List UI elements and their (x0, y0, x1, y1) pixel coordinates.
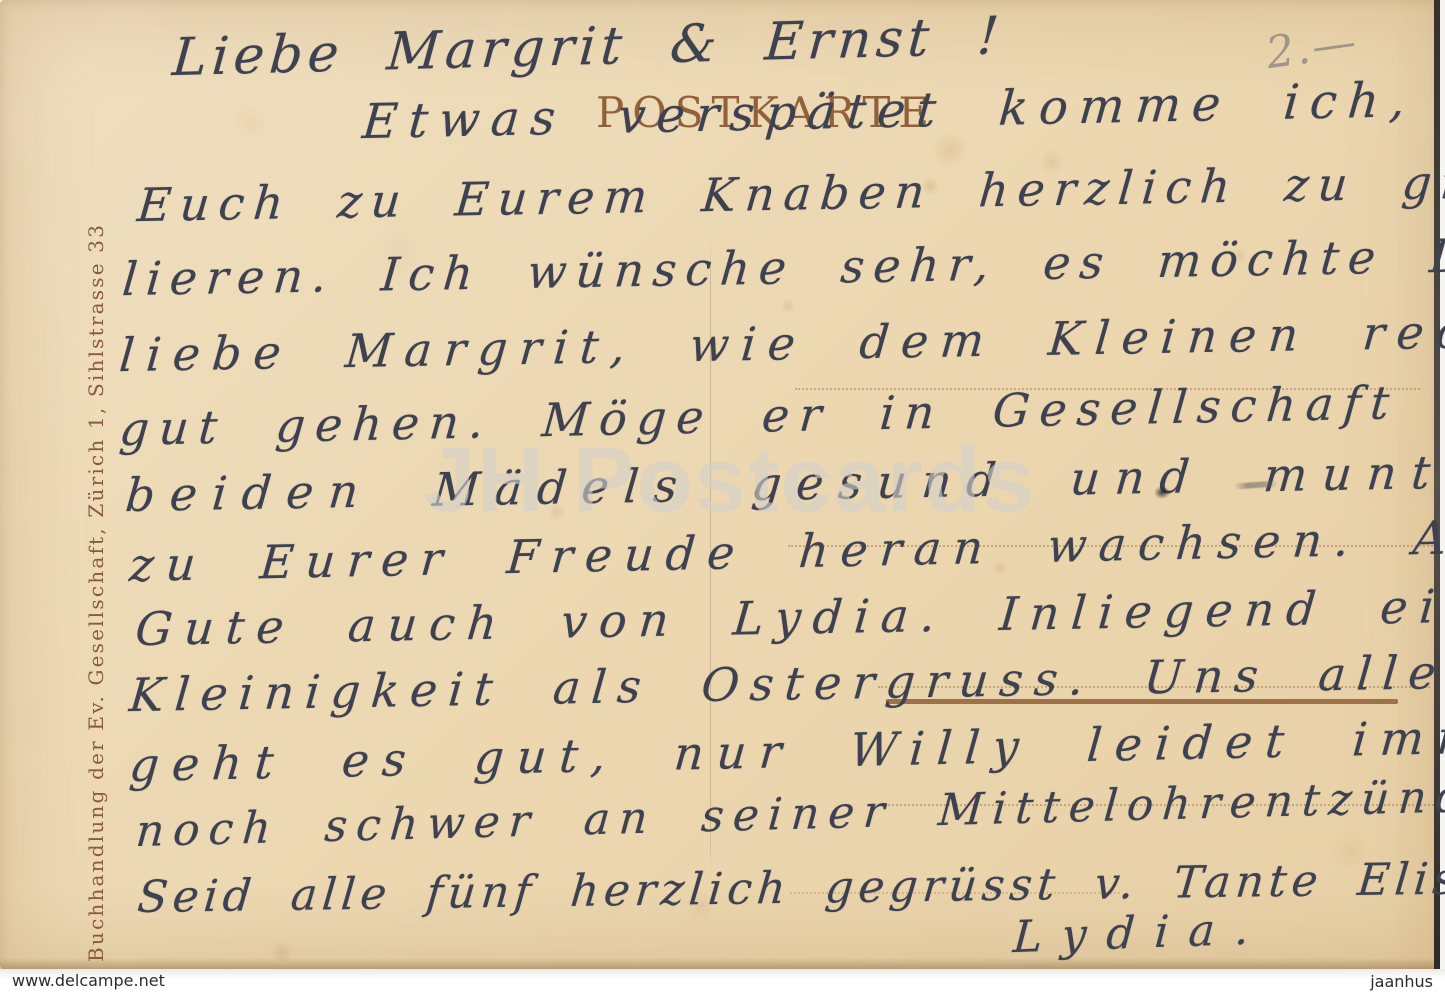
handwriting-line: Lydia. (1011, 903, 1270, 963)
pencil-price-note: 2.— (1263, 16, 1361, 79)
handwriting-line: Euch zu Eurem Knaben herzlich zu gratu- (135, 152, 1445, 232)
delcampe-watermark: www.delcampe.net (12, 971, 165, 990)
scan-footer-strip (0, 969, 1445, 993)
handwriting-line: lieren. Ich wünsche sehr, es möchte Dir, (120, 227, 1445, 306)
handwriting-line: Kleinigkeit als Ostergruss. Uns allen (127, 644, 1445, 722)
handwriting-line: liebe Margrit, wie dem Kleinen recht (117, 303, 1445, 382)
card-bottom-shadow (0, 958, 1440, 969)
publisher-imprint: Buchhandlung der Ev. Gesellschaft, Züric… (84, 142, 108, 962)
handwriting-line: Etwas verspätet komme ich, um (360, 69, 1445, 150)
scanned-postcard-photo: POSTKARTE Buchhandlung der Ev. Gesellsch… (0, 0, 1445, 993)
ink-blot (1154, 486, 1170, 499)
handwriting-line: Liebe Margrit & Ernst ! (170, 6, 1005, 88)
postcard-back: POSTKARTE Buchhandlung der Ev. Gesellsch… (0, 0, 1440, 969)
jh-postcards-watermark: JH Postcards (424, 428, 1036, 533)
jaanhus-watermark: jaanhus (1370, 972, 1433, 991)
handwriting-line: Gute auch von Lydia. Inliegend eine (133, 578, 1445, 656)
